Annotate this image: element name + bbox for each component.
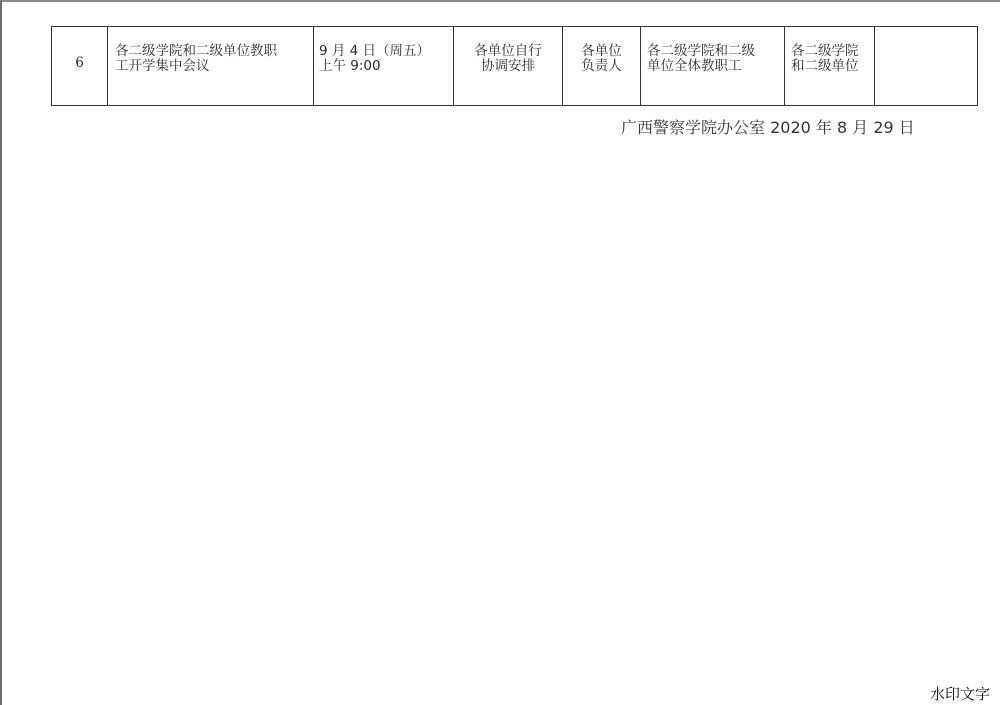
document-page: 6 各二级学院和二级单位教职 工开学集中会议 9 月 4 日（周五） 上午 9:… [0,0,1000,705]
attendees-line-2: 单位全体教职工 [647,59,784,74]
time-line-1: 9 月 4 日（周五） [319,44,453,59]
cell-remarks [875,27,978,106]
location-line-2: 协调安排 [454,59,562,74]
cell-attendees: 各二级学院和二级 单位全体教职工 [641,27,785,106]
organizer-line-2: 和二级单位 [791,59,874,74]
event-line-2: 工开学集中会议 [115,59,313,74]
organizer-line-1: 各二级学院 [791,44,874,59]
responsible-line-2: 负责人 [563,59,640,74]
watermark-text: 水印文字 [930,683,990,704]
cell-event: 各二级学院和二级单位教职 工开学集中会议 [108,27,314,106]
cell-location: 各单位自行 协调安排 [454,27,563,106]
cell-time: 9 月 4 日（周五） 上午 9:00 [314,27,454,106]
issuer-signature-date: 广西警察学院办公室 2020 年 8 月 29 日 [621,115,915,138]
schedule-table: 6 各二级学院和二级单位教职 工开学集中会议 9 月 4 日（周五） 上午 9:… [51,26,978,106]
table-row: 6 各二级学院和二级单位教职 工开学集中会议 9 月 4 日（周五） 上午 9:… [52,27,978,106]
attendees-line-1: 各二级学院和二级 [647,44,784,59]
location-line-1: 各单位自行 [454,44,562,59]
cell-responsible: 各单位 负责人 [563,27,641,106]
cell-number: 6 [52,27,108,106]
responsible-line-1: 各单位 [563,44,640,59]
time-line-2: 上午 9:00 [319,59,453,74]
row-number: 6 [52,56,107,71]
event-line-1: 各二级学院和二级单位教职 [115,44,313,59]
cell-organizer: 各二级学院 和二级单位 [785,27,875,106]
